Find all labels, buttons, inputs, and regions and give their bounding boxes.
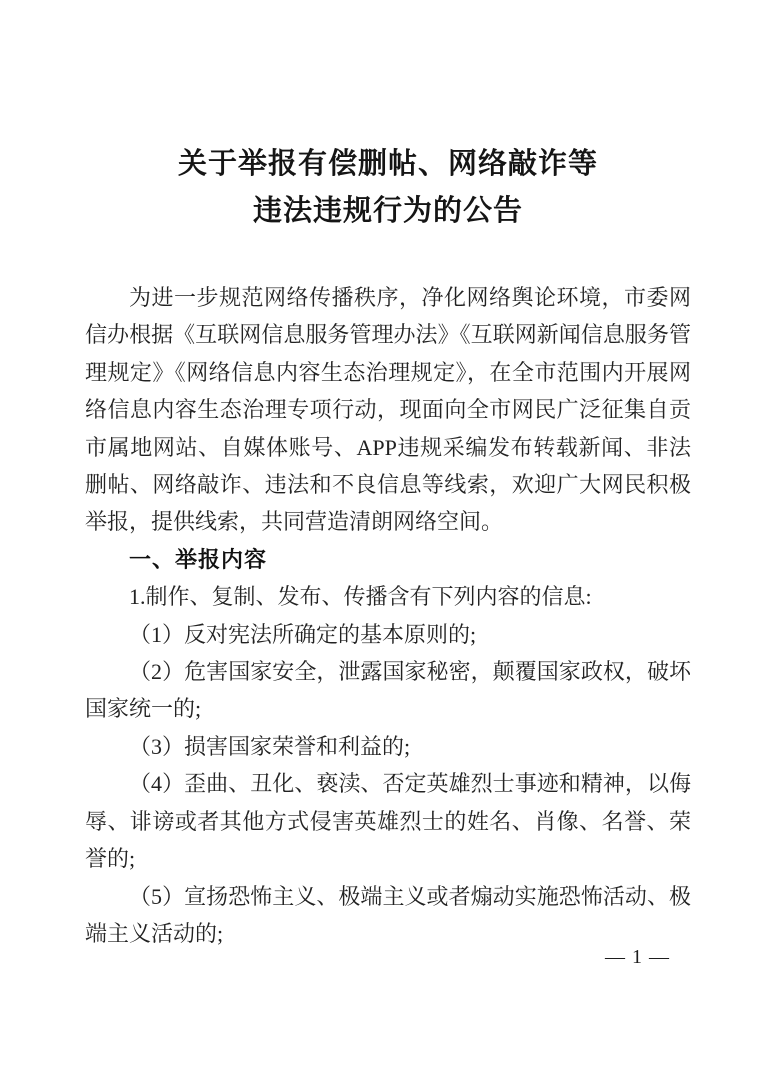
document-page: 关于举报有偿删帖、网络敲诈等 违法违规行为的公告 为进一步规范网络传播秩序，净化… <box>0 0 765 1068</box>
section-heading-report-content: 一、举报内容 <box>85 541 691 578</box>
list-item-2: （2）危害国家安全，泄露国家秘密，颠覆国家政权，破坏国家统一的; <box>85 653 691 728</box>
page-number: — 1 — <box>605 946 670 969</box>
list-item-5: （5）宣扬恐怖主义、极端主义或者煽动实施恐怖活动、极端主义活动的; <box>85 878 691 953</box>
section-lead: 1.制作、复制、发布、传播含有下列内容的信息: <box>85 578 691 615</box>
intro-paragraph: 为进一步规范网络传播秩序，净化网络舆论环境，市委网信办根据《互联网信息服务管理办… <box>85 279 691 541</box>
list-item-3: （3）损害国家荣誉和利益的; <box>85 728 691 765</box>
document-title: 关于举报有偿删帖、网络敲诈等 违法违规行为的公告 <box>85 141 691 235</box>
list-item-4: （4）歪曲、丑化、亵渎、否定英雄烈士事迹和精神，以侮辱、诽谤或者其他方式侵害英雄… <box>85 765 691 877</box>
list-item-1: （1）反对宪法所确定的基本原则的; <box>85 616 691 653</box>
title-line-2: 违法违规行为的公告 <box>85 188 691 235</box>
title-line-1: 关于举报有偿删帖、网络敲诈等 <box>85 141 691 188</box>
